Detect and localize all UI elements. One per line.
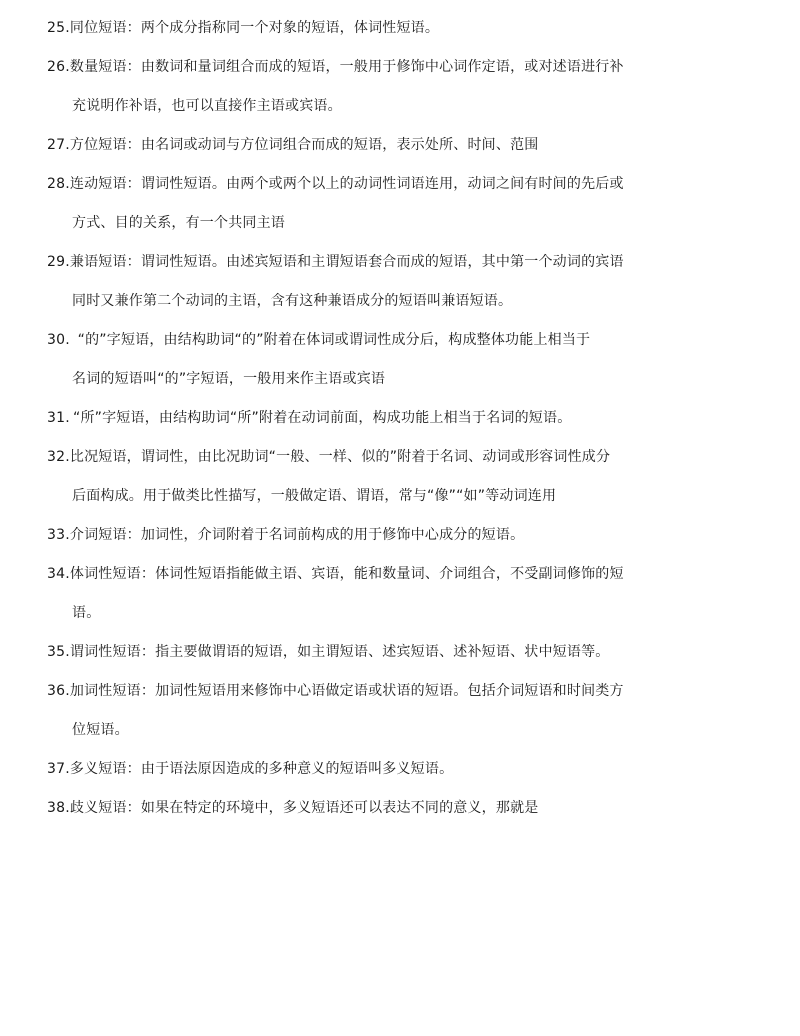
item-text: 兼语短语：谓词性短语。由述宾短语和主谓短语套合而成的短语，其中第一个动词的宾语 xyxy=(70,254,624,270)
item-26: 26.数量短语：由数词和量词组合而成的短语，一般用于修饰中心词作定语，或对述语进… xyxy=(47,57,667,96)
item-number: 29. xyxy=(47,252,70,272)
item-37: 37.多义短语：由于语法原因造成的多种意义的短语叫多义短语。 xyxy=(47,759,667,798)
item-text: 比况短语，谓词性，由比况助词“一般、一样、似的”附着于名词、动词或形容词性成分 xyxy=(70,449,610,465)
item-25: 25.同位短语：两个成分指称同一个对象的短语，体词性短语。 xyxy=(47,18,667,57)
item-text: 介词短语：加词性，介词附着于名词前构成的用于修饰中心成分的短语。 xyxy=(70,527,524,543)
item-30-continuation: 名词的短语叫“的”字短语，一般用来作主语或宾语 xyxy=(47,369,667,408)
item-28-continuation: 方式、目的关系，有一个共同主语 xyxy=(47,213,667,252)
item-text: 方式、目的关系，有一个共同主语 xyxy=(72,215,285,231)
item-text: 连动短语：谓词性短语。由两个或两个以上的动词性词语连用，动词之间有时间的先后或 xyxy=(70,176,624,192)
item-text: 加词性短语：加词性短语用来修饰中心语做定语或状语的短语。包括介词短语和时间类方 xyxy=(70,683,624,699)
item-text: 多义短语：由于语法原因造成的多种意义的短语叫多义短语。 xyxy=(70,761,453,777)
item-text: 充说明作补语，也可以直接作主语或宾语。 xyxy=(72,98,342,114)
item-36: 36.加词性短语：加词性短语用来修饰中心语做定语或状语的短语。包括介词短语和时间… xyxy=(47,681,667,720)
item-number: 36. xyxy=(47,681,70,701)
item-31: 31.“所”字短语，由结构助词“所”附着在动词前面，构成功能上相当于名词的短语。 xyxy=(47,408,667,447)
item-number: 37. xyxy=(47,759,70,779)
item-text: 数量短语：由数词和量词组合而成的短语，一般用于修饰中心词作定语，或对述语进行补 xyxy=(70,59,624,75)
item-text: 后面构成。用于做类比性描写，一般做定语、谓语，常与“像”“如”等动词连用 xyxy=(72,488,556,504)
item-29-continuation: 同时又兼作第二个动词的主语，含有这种兼语成分的短语叫兼语短语。 xyxy=(47,291,667,330)
item-30: 30. “的”字短语，由结构助词“的”附着在体词或谓词性成分后，构成整体功能上相… xyxy=(47,330,667,369)
item-number: 34. xyxy=(47,564,70,584)
item-33: 33.介词短语：加词性，介词附着于名词前构成的用于修饰中心成分的短语。 xyxy=(47,525,667,564)
item-text: 名词的短语叫“的”字短语，一般用来作主语或宾语 xyxy=(72,371,385,387)
item-text: 体词性短语：体词性短语指能做主语、宾语，能和数量词、介词组合，不受副词修饰的短 xyxy=(70,566,624,582)
item-number: 35. xyxy=(47,642,70,662)
item-27: 27.方位短语：由名词或动词与方位词组合而成的短语，表示处所、时间、范围 xyxy=(47,135,667,174)
item-text: 歧义短语：如果在特定的环境中，多义短语还可以表达不同的意义，那就是 xyxy=(70,800,539,816)
item-35: 35.谓词性短语：指主要做谓语的短语，如主谓短语、述宾短语、述补短语、状中短语等… xyxy=(47,642,667,681)
item-number: 27. xyxy=(47,135,70,155)
item-text: 同位短语：两个成分指称同一个对象的短语，体词性短语。 xyxy=(70,20,439,36)
item-number: 32. xyxy=(47,447,70,467)
item-number: 33. xyxy=(47,525,70,545)
document-page: 25.同位短语：两个成分指称同一个对象的短语，体词性短语。 26.数量短语：由数… xyxy=(47,18,667,837)
item-text: 语。 xyxy=(72,605,100,621)
item-26-continuation: 充说明作补语，也可以直接作主语或宾语。 xyxy=(47,96,667,135)
item-number: 28. xyxy=(47,174,70,194)
item-number: 26. xyxy=(47,57,70,77)
item-38: 38.歧义短语：如果在特定的环境中，多义短语还可以表达不同的意义，那就是 xyxy=(47,798,667,837)
item-text: 方位短语：由名词或动词与方位词组合而成的短语，表示处所、时间、范围 xyxy=(70,137,539,153)
item-34-continuation: 语。 xyxy=(47,603,667,642)
item-32-continuation: 后面构成。用于做类比性描写，一般做定语、谓语，常与“像”“如”等动词连用 xyxy=(47,486,667,525)
item-28: 28.连动短语：谓词性短语。由两个或两个以上的动词性词语连用，动词之间有时间的先… xyxy=(47,174,667,213)
item-number: 31. xyxy=(47,408,73,428)
item-text: 同时又兼作第二个动词的主语，含有这种兼语成分的短语叫兼语短语。 xyxy=(72,293,512,309)
item-36-continuation: 位短语。 xyxy=(47,720,667,759)
item-number: 25. xyxy=(47,18,70,38)
item-text: 谓词性短语：指主要做谓语的短语，如主谓短语、述宾短语、述补短语、状中短语等。 xyxy=(70,644,610,660)
item-number: 30. xyxy=(47,330,73,350)
item-29: 29.兼语短语：谓词性短语。由述宾短语和主谓短语套合而成的短语，其中第一个动词的… xyxy=(47,252,667,291)
item-text: “所”字短语，由结构助词“所”附着在动词前面，构成功能上相当于名词的短语。 xyxy=(73,410,571,426)
item-34: 34.体词性短语：体词性短语指能做主语、宾语，能和数量词、介词组合，不受副词修饰… xyxy=(47,564,667,603)
item-text: “的”字短语，由结构助词“的”附着在体词或谓词性成分后，构成整体功能上相当于 xyxy=(73,332,590,348)
item-number: 38. xyxy=(47,798,70,818)
item-text: 位短语。 xyxy=(72,722,129,738)
item-32: 32.比况短语，谓词性，由比况助词“一般、一样、似的”附着于名词、动词或形容词性… xyxy=(47,447,667,486)
